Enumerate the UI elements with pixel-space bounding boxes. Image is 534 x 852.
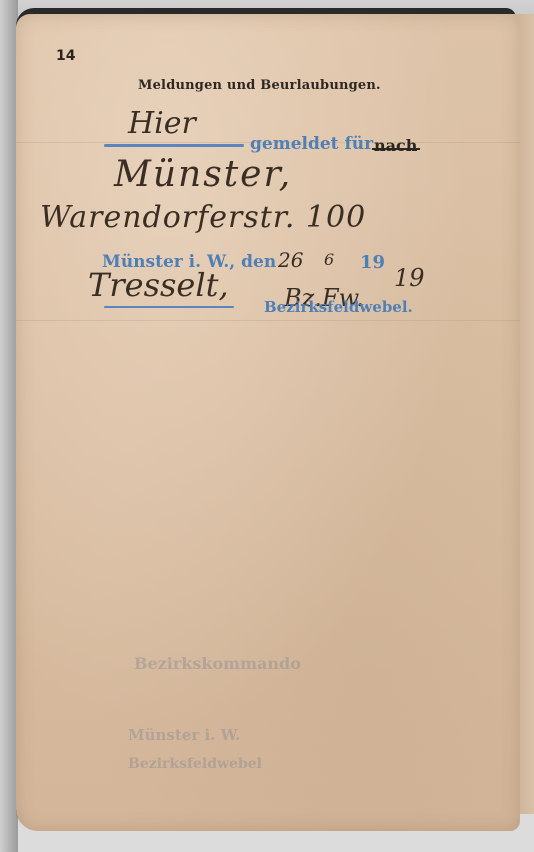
handwritten-prefix: Hier (128, 106, 196, 141)
handwritten-date-day: 26 (278, 248, 303, 272)
handwritten-signature: Tresselt, (88, 266, 229, 304)
page-number: 14 (56, 48, 75, 64)
handwritten-year: 19 (394, 264, 425, 292)
handwritten-city: Münster, (114, 154, 292, 195)
handwritten-address: Warendorferstr. 100 (40, 200, 366, 235)
faint-stamp-line: Bezirksfeldwebel (128, 756, 262, 772)
stamp-reported-for: gemeldet für (250, 134, 373, 154)
section-title: Meldungen und Beurlaubungen. (138, 78, 381, 93)
paper-crease (16, 320, 520, 321)
document-page: 14 Meldungen und Beurlaubungen. Hier gem… (16, 14, 520, 831)
faint-stamp-line: Bezirkskommando (134, 654, 301, 673)
strikethrough-line (372, 148, 420, 150)
stamp-year-prefix: 19 (360, 252, 385, 273)
faint-stamp-line: Münster i. W. (128, 726, 240, 744)
stamp-struck-word: nach (374, 136, 417, 155)
signature-underline (104, 306, 234, 308)
stamp-underline (104, 144, 244, 147)
handwritten-date-month: 6 (324, 250, 334, 269)
stamp-title: Bezirksfeldwebel. (264, 298, 413, 316)
